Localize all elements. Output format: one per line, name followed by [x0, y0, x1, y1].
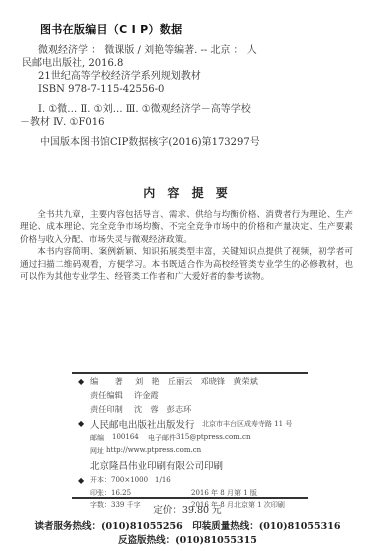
printer: 北京隆昌伟业印刷有限公司印刷: [90, 458, 223, 472]
cip-title: 图书在版编目（C I P）数据: [40, 21, 182, 37]
cip-line: 21世纪高等学校经济学系列规划教材: [38, 70, 201, 83]
address: 北京市丰台区成寿寺路 11 号: [202, 419, 292, 429]
summary-title: 内 容 提 要: [0, 184, 375, 201]
cip-line: Ⅰ. ①微… Ⅱ. ①刘… Ⅲ. ①微观经济学－高等学校: [38, 103, 251, 116]
bottom-rule: [72, 497, 308, 499]
email-label: 电子邮件: [148, 433, 176, 443]
website-label: 网址: [90, 446, 104, 456]
cip-line: 民邮电出版社, 2016.8: [22, 57, 123, 70]
cip-check-number: 中国版本图书馆CIP数据核字(2016)第173297号: [40, 133, 260, 148]
summary-paragraph: 全书共九章，主要内容包括导言、需求、供给与均衡价格、消费者行为理论、生产理论、成…: [20, 209, 353, 246]
cip-line: －教材 Ⅳ. ①F016: [20, 116, 105, 129]
printing-managers: 沈 蓉 彭志环: [134, 404, 191, 415]
hotline-reader-service: 读者服务热线：(010)81055256 印装质量热线：(010)8105531…: [0, 518, 375, 532]
postcode-label: 邮编: [90, 433, 104, 443]
format: 开本：700×1000 1/16: [90, 475, 171, 485]
publisher: 人民邮电出版社出版发行: [90, 417, 195, 431]
price: 定价：39.80 元: [0, 502, 375, 516]
email: 315@ptpress.com.cn: [176, 433, 250, 441]
editor-label: 责任编辑: [90, 390, 123, 401]
authors: 刘 艳 丘丽云 邓晓锋 黄荣斌: [135, 376, 258, 387]
editor: 许金霞: [134, 390, 159, 401]
diamond-bullet-icon: ◆: [78, 377, 84, 386]
cip-isbn: ISBN 978-7-115-42556-0: [38, 83, 164, 96]
hotline-anti-piracy: 反盗版热线：(010)81055315: [0, 532, 375, 546]
printing-label: 责任印制: [90, 404, 123, 415]
website: http://www.ptpress.com.cn: [106, 446, 201, 454]
top-rule: [72, 372, 308, 374]
cip-line: 微观经济学 ： 微课版 / 刘艳等编著. -- 北京 ： 人: [38, 44, 257, 57]
diamond-bullet-icon: ◆: [78, 476, 84, 485]
authors-label: 编 著: [90, 376, 123, 387]
postcode: 100164: [112, 433, 139, 441]
summary-body: 全书共九章，主要内容包括导言、需求、供给与均衡价格、消费者行为理论、生产理论、成…: [20, 209, 353, 283]
diamond-bullet-icon: ◆: [78, 419, 84, 428]
summary-paragraph: 本书内容简明、案例新颖、知识拓展类型丰富，关键知识点提供了视频，初学者可通过扫描…: [20, 246, 353, 283]
